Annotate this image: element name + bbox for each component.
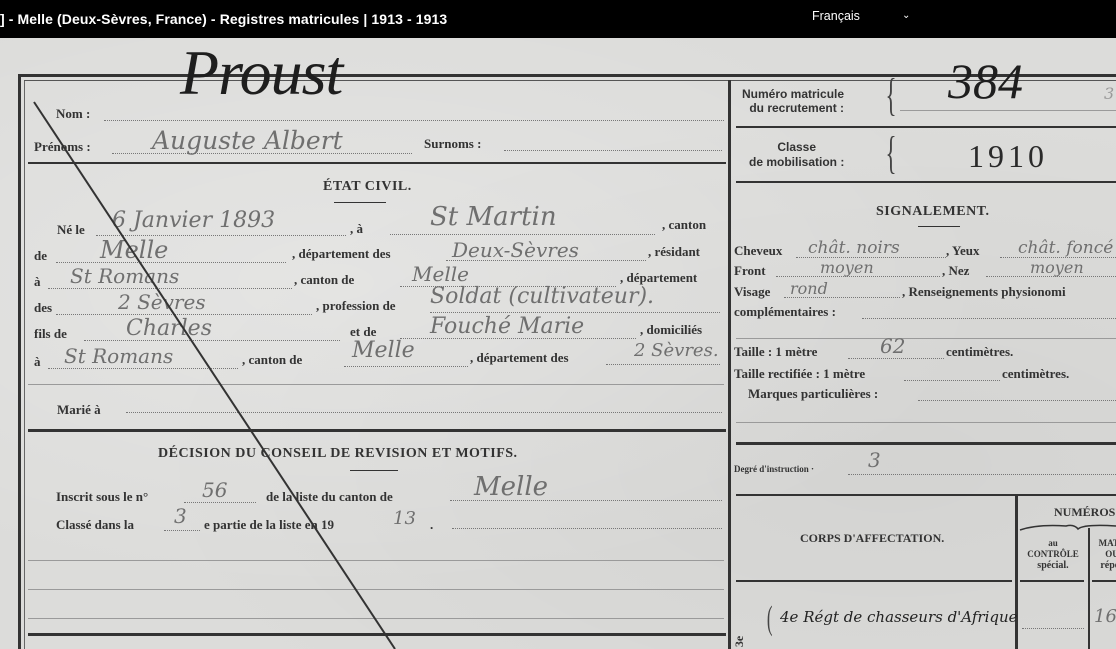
matricule-label-1: Numéro matricule [742, 87, 844, 101]
taille-value: 62 [880, 334, 905, 358]
renseignements-label: , Renseignements physionomi [902, 284, 1066, 300]
taille-unit: centimètres. [946, 344, 1013, 360]
divider [1092, 580, 1116, 582]
brace: ( [767, 600, 773, 638]
chevron-down-icon: ⌄ [902, 10, 910, 21]
degre-value: 3 [868, 448, 881, 472]
brace: { [886, 68, 897, 121]
cheveux-value: chât. noirs [808, 238, 900, 258]
heading-underline [918, 226, 960, 227]
front-label: Front [734, 263, 766, 279]
numeros-heading: NUMÉROS [1054, 505, 1115, 520]
divider [736, 580, 1012, 582]
yeux-value: chât. foncé [1018, 238, 1113, 258]
nez-label: , Nez [942, 263, 969, 279]
complementaires-label: complémentaires : [734, 304, 836, 320]
visage-label: Visage [734, 284, 770, 300]
taille-label: Taille : 1 mètre [734, 344, 817, 360]
line [1022, 628, 1084, 629]
classe-label-1: Classe [749, 140, 844, 155]
matricule-side: 3 [1104, 84, 1114, 103]
language-selector[interactable]: Français ⌄ [812, 9, 912, 29]
marques-label: Marques particulières : [748, 386, 878, 402]
line [904, 380, 1000, 381]
matricule-value: 384 [948, 52, 1023, 110]
document-title: ] - Melle (Deux-Sèvres, France) - Regist… [0, 11, 447, 27]
classe-label: Classe de mobilisation : [749, 140, 844, 170]
signalement-heading: SIGNALEMENT. [876, 204, 989, 220]
cheveux-label: Cheveux [734, 243, 782, 259]
col2-line2: OU [1092, 549, 1116, 560]
classe-value: 1910 [968, 138, 1048, 175]
divider [736, 126, 1116, 128]
matricule-label: Numéro matricule du recrutement : [742, 87, 844, 115]
front-value: moyen [820, 258, 874, 277]
numero-row1: 16 [1094, 606, 1116, 627]
side-mark: 3e [732, 636, 747, 647]
corps-row1: 4e Régt de chasseurs d'Afrique [780, 608, 1018, 626]
rule [736, 422, 1116, 423]
viewer-header: ] - Melle (Deux-Sèvres, France) - Regist… [0, 0, 1116, 38]
yeux-label: , Yeux [946, 243, 979, 259]
column-divider [1088, 528, 1090, 649]
line [848, 474, 1116, 475]
rule [900, 110, 1116, 111]
matricule-heading: MATR OU réper [1092, 538, 1116, 571]
col1-line3: spécial. [1020, 560, 1086, 571]
col2-line3: réper [1092, 560, 1116, 571]
divider [736, 442, 1116, 445]
document-scan[interactable]: Nom : Proust Prénoms : Auguste Albert Su… [0, 38, 1116, 649]
numeros-brace [1018, 522, 1116, 532]
divider [736, 494, 1116, 496]
taille-rectifiee-unit: centimètres. [1002, 366, 1069, 382]
column-divider [1015, 496, 1018, 649]
visage-value: rond [790, 279, 828, 298]
taille-rectifiee-label: Taille rectifiée : 1 mètre [734, 366, 865, 382]
language-label: Français [812, 9, 860, 23]
divider [736, 181, 1116, 183]
divider [1020, 580, 1084, 582]
col1-line1: au [1020, 538, 1086, 549]
degre-label: Degré d'instruction · [734, 464, 814, 474]
controle-heading: au CONTRÔLE spécial. [1020, 538, 1086, 571]
line [848, 358, 944, 359]
line [918, 400, 1116, 401]
matricule-label-2: du recrutement : [742, 101, 844, 115]
rule [736, 338, 1116, 339]
col1-line2: CONTRÔLE [1020, 549, 1086, 560]
brace: { [886, 126, 897, 179]
corps-heading: CORPS D'AFFECTATION. [800, 531, 944, 546]
nez-value: moyen [1030, 258, 1084, 277]
col2-line1: MATR [1092, 538, 1116, 549]
classe-label-2: de mobilisation : [749, 155, 844, 170]
line [862, 318, 1116, 319]
